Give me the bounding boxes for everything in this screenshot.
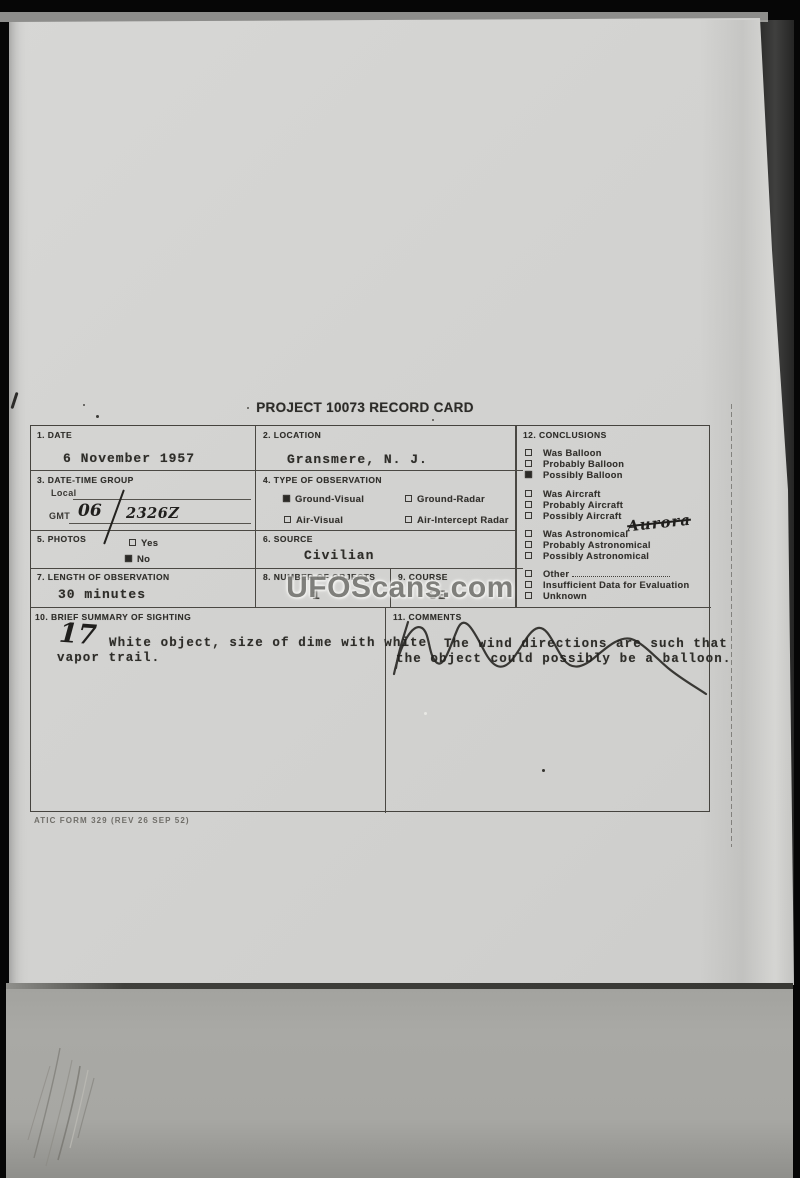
conclusion-label: Was Aircraft <box>543 489 601 499</box>
dtg-local-line <box>73 499 251 500</box>
card-physical-edge <box>731 404 732 847</box>
field-conclusions-label: 12. CONCLUSIONS <box>523 430 607 440</box>
dtg-gmt-label: GMT <box>49 511 70 521</box>
conclusion-item: Probably Balloon <box>525 459 624 469</box>
obs-option: Ground-Radar <box>405 494 485 505</box>
checkbox-icon <box>525 501 532 508</box>
conclusion-item: Possibly Astronomical <box>525 551 649 561</box>
field-source-label: 6. SOURCE <box>263 534 313 544</box>
obs-option-label: Air-Intercept Radar <box>417 515 509 526</box>
dtg-gmt-handwritten-prefix: 06 <box>78 501 102 521</box>
field-length-value: 30 minutes <box>58 587 146 602</box>
conclusion-item: Probably Aircraft <box>525 500 623 510</box>
field-photos: 5. PHOTOS Yes No <box>31 531 256 569</box>
checkbox-icon <box>525 581 532 588</box>
obs-option-label: Ground-Visual <box>295 494 364 505</box>
obs-option: Ground-Visual <box>283 494 364 505</box>
field-obs-label: 4. TYPE OF OBSERVATION <box>263 475 382 485</box>
scanned-photo: PROJECT 10073 RECORD CARD 1. DATE 6 Nove… <box>0 0 800 1178</box>
checkbox-icon <box>525 592 532 599</box>
field-conclusions: 12. CONCLUSIONS Was Balloon Probably Bal… <box>516 426 711 608</box>
photos-option: No <box>125 554 150 565</box>
checkbox-icon <box>125 555 132 562</box>
field-source: 6. SOURCE Civilian <box>256 531 516 569</box>
obs-option-label: Ground-Radar <box>417 494 485 505</box>
field-photos-label: 5. PHOTOS <box>37 534 86 544</box>
underlying-sheet <box>6 983 793 1178</box>
conclusion-label: Possibly Balloon <box>543 470 623 480</box>
checkbox-icon <box>405 516 412 523</box>
field-brief-summary: 10. BRIEF SUMMARY OF SIGHTING 17 White o… <box>31 608 386 813</box>
field-date-time-group: 3. DATE-TIME GROUP Local GMT 06 2326Z <box>31 471 256 531</box>
field-location: 2. LOCATION Gransmere, N. J. <box>256 426 516 471</box>
field-location-label: 2. LOCATION <box>263 430 321 440</box>
conclusion-item: Possibly Balloon <box>525 470 623 480</box>
conclusion-label: Probably Aircraft <box>543 500 623 510</box>
field-date-value: 6 November 1957 <box>63 451 195 466</box>
photos-option: Yes <box>129 538 158 549</box>
conclusion-item: Was Astronomical <box>525 529 628 539</box>
conclusion-item: Was Aircraft <box>525 489 601 499</box>
checkbox-icon <box>525 449 532 456</box>
checkbox-icon <box>525 530 532 537</box>
checkbox-icon <box>525 471 532 478</box>
conclusion-item: Other <box>525 568 670 579</box>
checkbox-icon <box>525 552 532 559</box>
other-leader-line <box>572 568 670 577</box>
page-curl-shading <box>700 20 794 985</box>
dust-speck <box>96 415 99 418</box>
checkbox-icon <box>283 495 290 502</box>
photos-option-label: Yes <box>141 538 158 549</box>
conclusion-item: Insufficient Data for Evaluation <box>525 580 690 590</box>
field-date: 1. DATE 6 November 1957 <box>31 426 256 471</box>
field-source-value: Civilian <box>304 548 374 563</box>
obs-option-label: Air-Visual <box>296 515 343 526</box>
conclusions-handwritten-note: Aurora <box>626 511 692 536</box>
checkbox-icon <box>525 490 532 497</box>
conclusion-item: Unknown <box>525 591 587 601</box>
field-date-label: 1. DATE <box>37 430 72 440</box>
checkbox-icon <box>525 570 532 577</box>
conclusion-label: Possibly Aircraft <box>543 511 622 521</box>
summary-handwritten-number: 17 <box>58 618 98 652</box>
field-type-of-observation: 4. TYPE OF OBSERVATION Ground-Visual Gro… <box>256 471 516 531</box>
conclusion-label: Probably Astronomical <box>543 540 651 550</box>
page-title: PROJECT 10073 RECORD CARD <box>240 400 490 415</box>
checkbox-icon <box>405 495 412 502</box>
conclusion-label: Insufficient Data for Evaluation <box>543 580 690 590</box>
checkbox-icon <box>525 460 532 467</box>
conclusion-label: Unknown <box>543 591 587 601</box>
conclusion-item: Was Balloon <box>525 448 602 458</box>
conclusion-label: Was Balloon <box>543 448 602 458</box>
field-length-label: 7. LENGTH OF OBSERVATION <box>37 572 170 582</box>
checkbox-icon <box>525 512 532 519</box>
obs-option: Air-Visual <box>284 515 343 526</box>
conclusion-item: Probably Astronomical <box>525 540 651 550</box>
summary-line1: White object, size of dime with white <box>109 636 427 650</box>
dtg-gmt-line <box>69 523 251 524</box>
film-scratches <box>20 1020 120 1170</box>
checkbox-icon <box>129 539 136 546</box>
form-number: ATIC FORM 329 (REV 26 SEP 52) <box>34 816 190 825</box>
conclusion-label: Was Astronomical <box>543 529 628 539</box>
photos-option-label: No <box>137 554 150 565</box>
field-dtg-label: 3. DATE-TIME GROUP <box>37 475 134 485</box>
comments-scribble <box>388 610 720 702</box>
field-length-of-observation: 7. LENGTH OF OBSERVATION 30 minutes <box>31 569 256 608</box>
field-location-value: Gransmere, N. J. <box>287 452 428 467</box>
dust-speck <box>432 419 434 421</box>
obs-option: Air-Intercept Radar <box>405 515 509 526</box>
conclusion-label: Probably Balloon <box>543 459 624 469</box>
dust-speck <box>83 404 85 406</box>
dtg-local-label: Local <box>51 488 77 498</box>
summary-line2: vapor trail. <box>57 651 160 665</box>
conclusion-label: Other <box>543 569 569 579</box>
dtg-gmt-handwritten-suffix: 2326Z <box>126 505 179 522</box>
checkbox-icon <box>525 541 532 548</box>
field-summary-label: 10. BRIEF SUMMARY OF SIGHTING <box>35 612 191 622</box>
conclusion-label: Possibly Astronomical <box>543 551 649 561</box>
conclusion-item: Possibly Aircraft <box>525 511 622 521</box>
checkbox-icon <box>284 516 291 523</box>
watermark: UFOScans.com <box>286 571 514 605</box>
